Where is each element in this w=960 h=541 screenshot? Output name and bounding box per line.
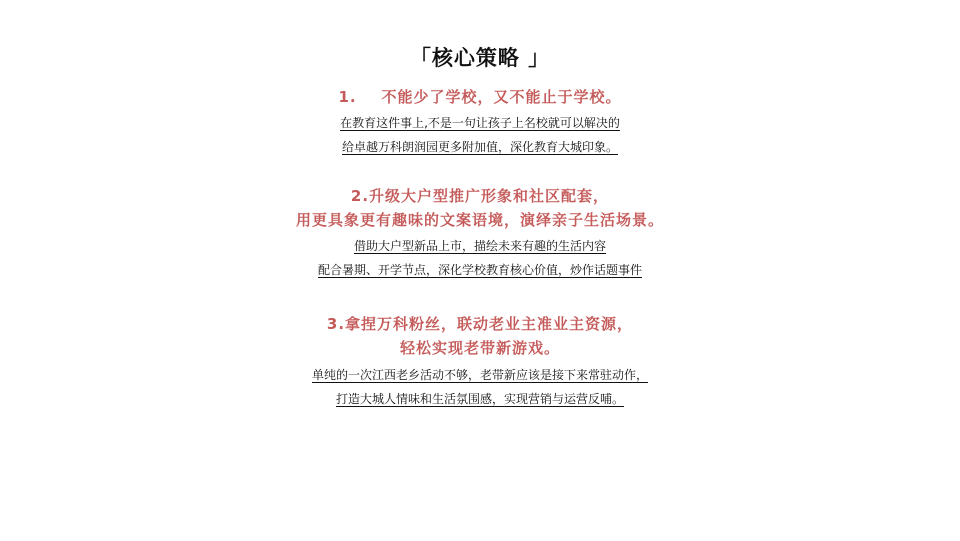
section-3-heading: 3.拿捏万科粉丝，联动老业主准业主资源， 轻松实现老带新游戏。 (0, 312, 960, 360)
section-3-body-line: 单纯的一次江西老乡活动不够，老带新应该是接下来常驻动作， (312, 368, 648, 382)
section-1-body-line: 在教育这件事上,不是一句让孩子上名校就可以解决的 (340, 116, 620, 130)
section-1-body-line: 给卓越万科朗润园更多附加值，深化教育大城印象。 (342, 140, 618, 154)
section-2-body-line: 借助大户型新品上市，描绘未来有趣的生活内容 (354, 239, 606, 253)
section-1-body: 在教育这件事上,不是一句让孩子上名校就可以解决的 给卓越万科朗润园更多附加值，深… (0, 111, 960, 159)
section-1-heading: 1. 不能少了学校，又不能止于学校。 (0, 85, 960, 109)
section-3-heading-line: 轻松实现老带新游戏。 (0, 336, 960, 360)
section-2-heading-line: 2.升级大户型推广形象和社区配套， (0, 184, 960, 208)
section-1-heading-line: 1. 不能少了学校，又不能止于学校。 (0, 85, 960, 109)
section-3-body: 单纯的一次江西老乡活动不够，老带新应该是接下来常驻动作， 打造大城人情味和生活氛… (0, 363, 960, 411)
slide: 「核心策略 」 1. 不能少了学校，又不能止于学校。 在教育这件事上,不是一句让… (0, 0, 960, 541)
page-title: 「核心策略 」 (0, 42, 960, 72)
section-2-body-line: 配合暑期、开学节点，深化学校教育核心价值，炒作话题事件 (318, 263, 642, 277)
section-3-heading-line: 3.拿捏万科粉丝，联动老业主准业主资源， (0, 312, 960, 336)
section-2-body: 借助大户型新品上市，描绘未来有趣的生活内容 配合暑期、开学节点，深化学校教育核心… (0, 234, 960, 282)
section-2-heading-line: 用更具象更有趣味的文案语境，演绎亲子生活场景。 (0, 208, 960, 232)
section-2-heading: 2.升级大户型推广形象和社区配套， 用更具象更有趣味的文案语境，演绎亲子生活场景… (0, 184, 960, 232)
section-3-body-line: 打造大城人情味和生活氛围感，实现营销与运营反哺。 (336, 392, 624, 406)
